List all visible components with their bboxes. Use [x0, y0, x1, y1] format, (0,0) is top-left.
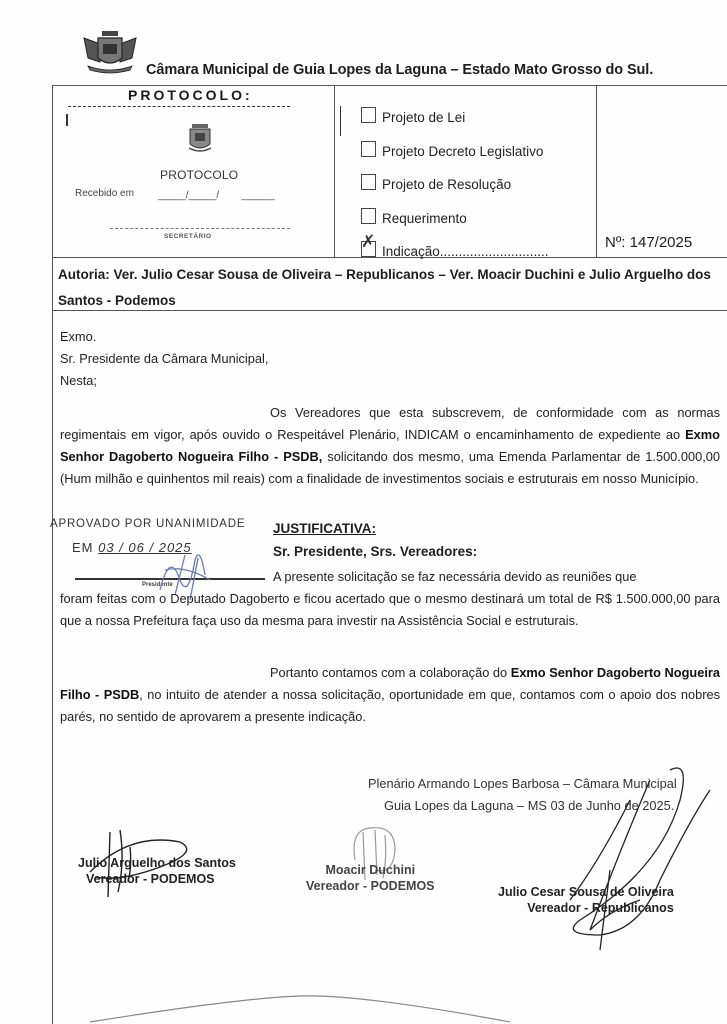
doc-type-label: Indicação.............................: [382, 244, 549, 259]
divider-protocol: [334, 85, 335, 257]
request-paragraph: Os Vereadores que esta subscrevem, de co…: [60, 402, 720, 490]
secretary-label: SECRETÁRIO: [164, 233, 212, 240]
justification-heading: JUSTIFICATIVA:: [273, 521, 376, 536]
received-label: Recebido em: [75, 188, 134, 199]
stamp-crest-icon: [186, 120, 214, 154]
signer-role: Vereador - PODEMOS: [78, 871, 236, 887]
stamp-border: [66, 114, 68, 126]
doc-type-projeto-decreto[interactable]: Projeto Decreto Legislativo: [361, 125, 549, 159]
president-signature-line: [75, 578, 265, 580]
coat-of-arms-icon: [80, 28, 140, 74]
signature-block-3: Julio Cesar Sousa de Oliveira Vereador -…: [498, 884, 674, 916]
chamber-title: Câmara Municipal de Guia Lopes da Laguna…: [146, 62, 653, 78]
doc-type-label: Requerimento: [382, 211, 467, 226]
paragraph-text: Portanto contamos com a colaboração do: [270, 665, 511, 680]
stamp-label: PROTOCOLO: [160, 168, 238, 182]
paragraph-text: , no intuito de atender a nossa solicita…: [60, 687, 720, 724]
place-and-date: Plenário Armando Lopes Barbosa – Câmara …: [368, 773, 677, 817]
frame-top-border: [52, 85, 727, 86]
salutation-line-1: Exmo.: [60, 329, 96, 344]
received-date-blanks: _____/_____/ ______: [158, 190, 275, 201]
checkbox-checked[interactable]: ✗: [361, 241, 376, 257]
salutation-line-3: Nesta;: [60, 373, 97, 388]
signer-name: Julio Arguelho dos Santos: [78, 855, 236, 871]
stamp-border: [68, 106, 290, 107]
stamp-border: [340, 106, 341, 136]
document-number: Nº: 147/2025: [605, 234, 692, 251]
frame-left-border: [52, 85, 53, 1024]
doc-type-label: Projeto de Lei: [382, 110, 465, 125]
document-header: Câmara Municipal de Guia Lopes da Laguna…: [80, 28, 720, 82]
signature-block-1: Julio Arguelho dos Santos Vereador - POD…: [78, 855, 236, 887]
signer-name: Moacir Duchini: [306, 862, 435, 878]
protocol-title: PROTOCOLO:: [128, 87, 253, 103]
place-line: Plenário Armando Lopes Barbosa – Câmara …: [368, 773, 677, 795]
justification-line-1: A presente solicitação se faz necessária…: [273, 566, 720, 588]
page-edge-curve: [60, 990, 660, 1024]
checkbox[interactable]: [361, 174, 376, 190]
salutation-line-2: Sr. Presidente da Câmara Municipal,: [60, 351, 268, 366]
authorship: Autoria: Ver. Julio Cesar Sousa de Olive…: [58, 262, 723, 314]
approval-date: EM 03 / 06 / 2025: [72, 540, 192, 555]
signature-block-2: Moacir Duchini Vereador - PODEMOS: [306, 862, 435, 894]
doc-type-projeto-resolucao[interactable]: Projeto de Resolução: [361, 159, 549, 193]
divider-number: [596, 85, 597, 257]
doc-type-label: Projeto de Resolução: [382, 177, 511, 192]
justification-paragraph-2: Portanto contamos com a colaboração do E…: [60, 662, 720, 728]
checkbox[interactable]: [361, 208, 376, 224]
doc-type-projeto-de-lei[interactable]: Projeto de Lei: [361, 105, 549, 125]
justification-paragraph-1: foram feitas com o Deputado Dagoberto e …: [60, 588, 720, 632]
checkbox[interactable]: [361, 141, 376, 157]
signer-role: Vereador - PODEMOS: [306, 878, 435, 894]
date-line: Guia Lopes da Laguna – MS 03 de Junho de…: [368, 795, 677, 817]
handwritten-check-icon: ✗: [361, 234, 375, 251]
signer-role: Vereador - Republicanos: [498, 900, 674, 916]
signer-name: Julio Cesar Sousa de Oliveira: [498, 884, 674, 900]
document-type-list: Projeto de Lei Projeto Decreto Legislati…: [361, 105, 549, 259]
approval-stamp: APROVADO POR UNANIMIDADE: [50, 518, 245, 530]
approval-date-value: 03 / 06 / 2025: [98, 540, 192, 555]
doc-type-requerimento[interactable]: Requerimento: [361, 192, 549, 226]
doc-type-indicacao[interactable]: ✗ Indicação.............................: [361, 226, 549, 260]
secretary-signature-line: [110, 228, 290, 229]
approval-em-label: EM: [72, 540, 94, 555]
paragraph-text: Os Vereadores que esta subscrevem, de co…: [60, 405, 720, 442]
checkbox[interactable]: [361, 107, 376, 123]
doc-type-label: Projeto Decreto Legislativo: [382, 144, 543, 159]
justification-greeting: Sr. Presidente, Srs. Vereadores:: [273, 544, 477, 559]
